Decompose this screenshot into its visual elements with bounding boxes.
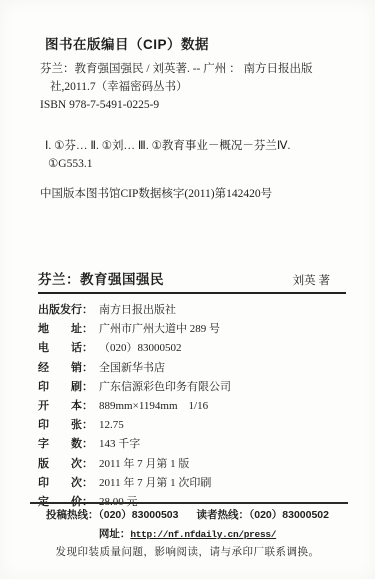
book-title: 芬兰：教育强国强民: [38, 268, 164, 288]
cip-registry-number: 中国版本图书馆CIP数据核字(2011)第142420号: [40, 185, 272, 201]
cip-heading: 图书在版编目（CIP）数据: [45, 33, 209, 53]
hotlines-line: 投稿热线：（020）83000503 读者热线：（020）83000502: [0, 507, 375, 522]
row-value: 广州市广州大道中 289 号: [99, 320, 220, 336]
cip-index-line-2: ①G553.1: [45, 155, 290, 173]
row-label: 地 址：: [38, 320, 93, 336]
reader-hotline: 读者热线：（020）83000502: [197, 507, 330, 522]
colophon-row-publisher: 出版发行： 南方日报出版社: [38, 301, 355, 320]
colophon-header: 芬兰：教育强国强民 刘英 著: [38, 268, 346, 294]
isbn-line: ISBN 978-7-5491-0225-9: [40, 96, 360, 114]
colophon-row-printer: 印 刷： 广东信源彩色印务有限公司: [38, 378, 355, 397]
website-url: http://nf.nfdaily.cn/press/: [130, 529, 276, 540]
colophon-rows: 出版发行： 南方日报出版社 地 址： 广州市广州大道中 289 号 电 话： （…: [38, 301, 355, 512]
row-label: 印 张：: [38, 416, 93, 432]
website-label: 网址：: [99, 528, 131, 540]
cip-index-line-1: Ⅰ. ①芬… Ⅱ. ①刘… Ⅲ. ①教育事业－概况－芬兰Ⅳ.: [45, 137, 290, 155]
colophon-row-sheets: 印 张： 12.75: [38, 416, 355, 435]
colophon-row-phone: 电 话： （020）83000502: [38, 339, 355, 358]
cip-record-line-2: 社,2011.7（幸福密码丛书）: [40, 78, 360, 96]
colophon-row-format: 开 本： 889mm×1194mm 1/16: [38, 397, 355, 416]
colophon-row-address: 地 址： 广州市广州大道中 289 号: [38, 320, 355, 339]
row-value: 广东信源彩色印务有限公司: [99, 378, 231, 394]
colophon-row-impression: 印 次： 2011 年 7 月第 1 次印刷: [38, 474, 355, 493]
row-value: 南方日报出版社: [99, 301, 176, 317]
row-value: 2011 年 7 月第 1 次印刷: [99, 474, 211, 490]
row-label: 印 刷：: [38, 378, 93, 394]
copyright-page: 图书在版编目（CIP）数据 芬兰：教育强国强民 / 刘英著. -- 广州 ： 南…: [0, 0, 375, 579]
row-label: 电 话：: [38, 339, 93, 355]
colophon-row-distributor: 经 销： 全国新华书店: [38, 359, 355, 378]
row-label: 出版发行：: [38, 301, 93, 317]
row-value: 12.75: [99, 419, 124, 431]
row-label: 版 次：: [38, 455, 93, 471]
submission-hotline: 投稿热线：（020）83000503: [46, 507, 179, 522]
footer-divider: [30, 502, 348, 504]
colophon-row-edition: 版 次： 2011 年 7 月第 1 版: [38, 455, 355, 474]
website-line: 网址：http://nf.nfdaily.cn/press/: [0, 526, 375, 541]
row-label: 印 次：: [38, 474, 93, 490]
row-value: 143 千字: [99, 435, 140, 451]
cip-index: Ⅰ. ①芬… Ⅱ. ①刘… Ⅲ. ①教育事业－概况－芬兰Ⅳ. ①G553.1: [45, 137, 290, 173]
cip-record: 芬兰：教育强国强民 / 刘英著. -- 广州 ： 南方日报出版 社,2011.7…: [40, 60, 360, 114]
quality-notice: 发现印装质量问题，影响阅读，请与承印厂联系调换。: [0, 544, 375, 559]
row-value: 889mm×1194mm 1/16: [99, 397, 208, 413]
book-author: 刘英 著: [293, 272, 346, 288]
row-label: 开 本：: [38, 397, 93, 413]
colophon-row-wordcount: 字 数： 143 千字: [38, 435, 355, 454]
row-label: 字 数：: [38, 435, 93, 451]
cip-record-line-1: 芬兰：教育强国强民 / 刘英著. -- 广州 ： 南方日报出版: [40, 60, 360, 78]
row-value: （020）83000502: [99, 339, 182, 355]
row-value: 2011 年 7 月第 1 版: [99, 455, 189, 471]
row-value: 全国新华书店: [99, 359, 165, 375]
row-label: 经 销：: [38, 359, 93, 375]
